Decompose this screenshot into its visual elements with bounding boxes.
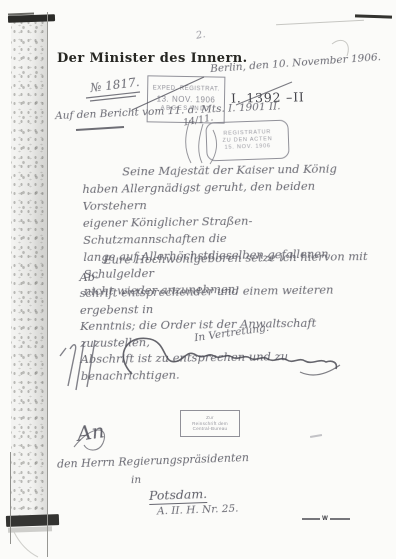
binding-top-bar (8, 14, 55, 23)
bottom-right-mark: W (298, 515, 354, 523)
margin-dash (310, 434, 322, 438)
page-number: 2. (195, 29, 206, 41)
top-right-dark-dash (355, 14, 392, 18)
binding-bottom-bar (6, 514, 59, 527)
address-salutation: An (75, 418, 105, 446)
journal-number: № 1817. (89, 75, 140, 95)
page-edge-line (47, 12, 48, 557)
body-line: Eure Hochwohlgeboren setze ich hiervon m… (79, 248, 371, 285)
dispatch-stamp-line1: EXPED. REGISTRAT. (153, 85, 220, 94)
registry-stamp-line3: 15. NOV. 1906 (224, 143, 270, 151)
address-in: in (131, 474, 142, 486)
registry-stamp: REGISTRATUR ZU DEN ACTEN 15. NOV. 1906 (205, 120, 289, 162)
scanned-letter-page: 2. Der Minister des Innern. Berlin, den … (0, 0, 396, 559)
body-line: schrift entsprechender und einem weitere… (80, 281, 372, 318)
body-line: Abschrift ist zu entsprechen und zu bena… (80, 347, 372, 384)
top-right-scan-line (276, 20, 364, 26)
binding-left-line (10, 452, 11, 544)
smudge-line (330, 518, 350, 520)
binding-strip (11, 18, 48, 525)
smudge-line (302, 518, 320, 520)
address-recipient: den Herrn Regierungspräsidenten (57, 450, 272, 470)
address-city: Potsdam. (149, 486, 208, 505)
body-line: haben Allergnädigst geruht, den beiden V… (82, 177, 364, 215)
binding-bottom-smear (8, 526, 52, 533)
body-paragraph-2: Eure Hochwohlgeboren setze ich hiervon m… (79, 248, 373, 384)
note-stamp-line3: Central-Bureau (193, 426, 228, 432)
smudge-letter: W (322, 516, 328, 522)
body-line: eigener Königlicher Straßen-Schutzmannsc… (83, 211, 365, 249)
note-stamp: Zur Reinschrift dem Central-Bureau (180, 410, 240, 437)
address-file-ref: A. II. H. Nr. 25. (157, 503, 239, 518)
